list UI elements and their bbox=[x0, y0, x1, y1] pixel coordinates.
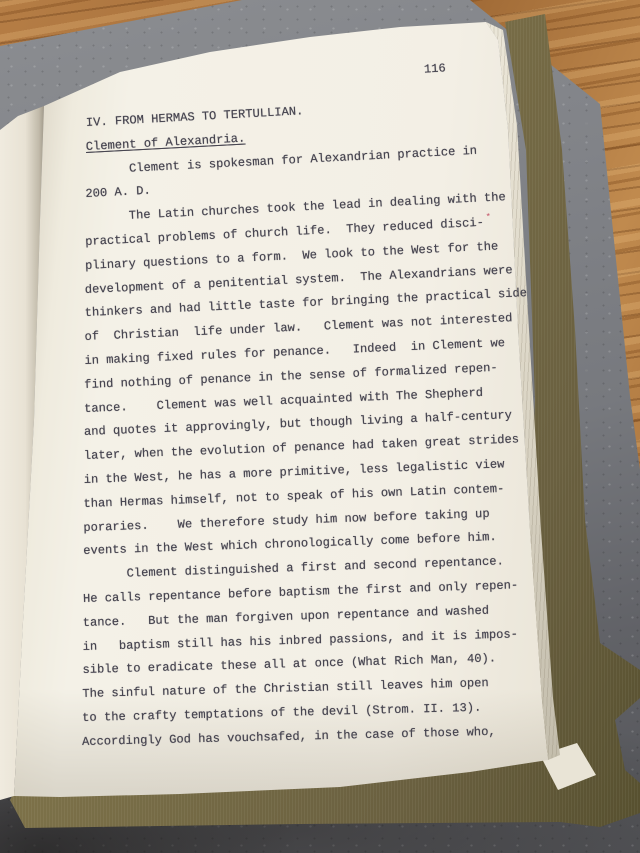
page-number: 116 bbox=[424, 61, 446, 76]
photographed-manuscript-scene: 116 IV. FROM HERMAS TO TERTULLIAN.Clemen… bbox=[0, 0, 640, 853]
typed-text-block: IV. FROM HERMAS TO TERTULLIAN.Clement of… bbox=[74, 112, 554, 772]
proofreader-mark: * bbox=[485, 212, 491, 222]
